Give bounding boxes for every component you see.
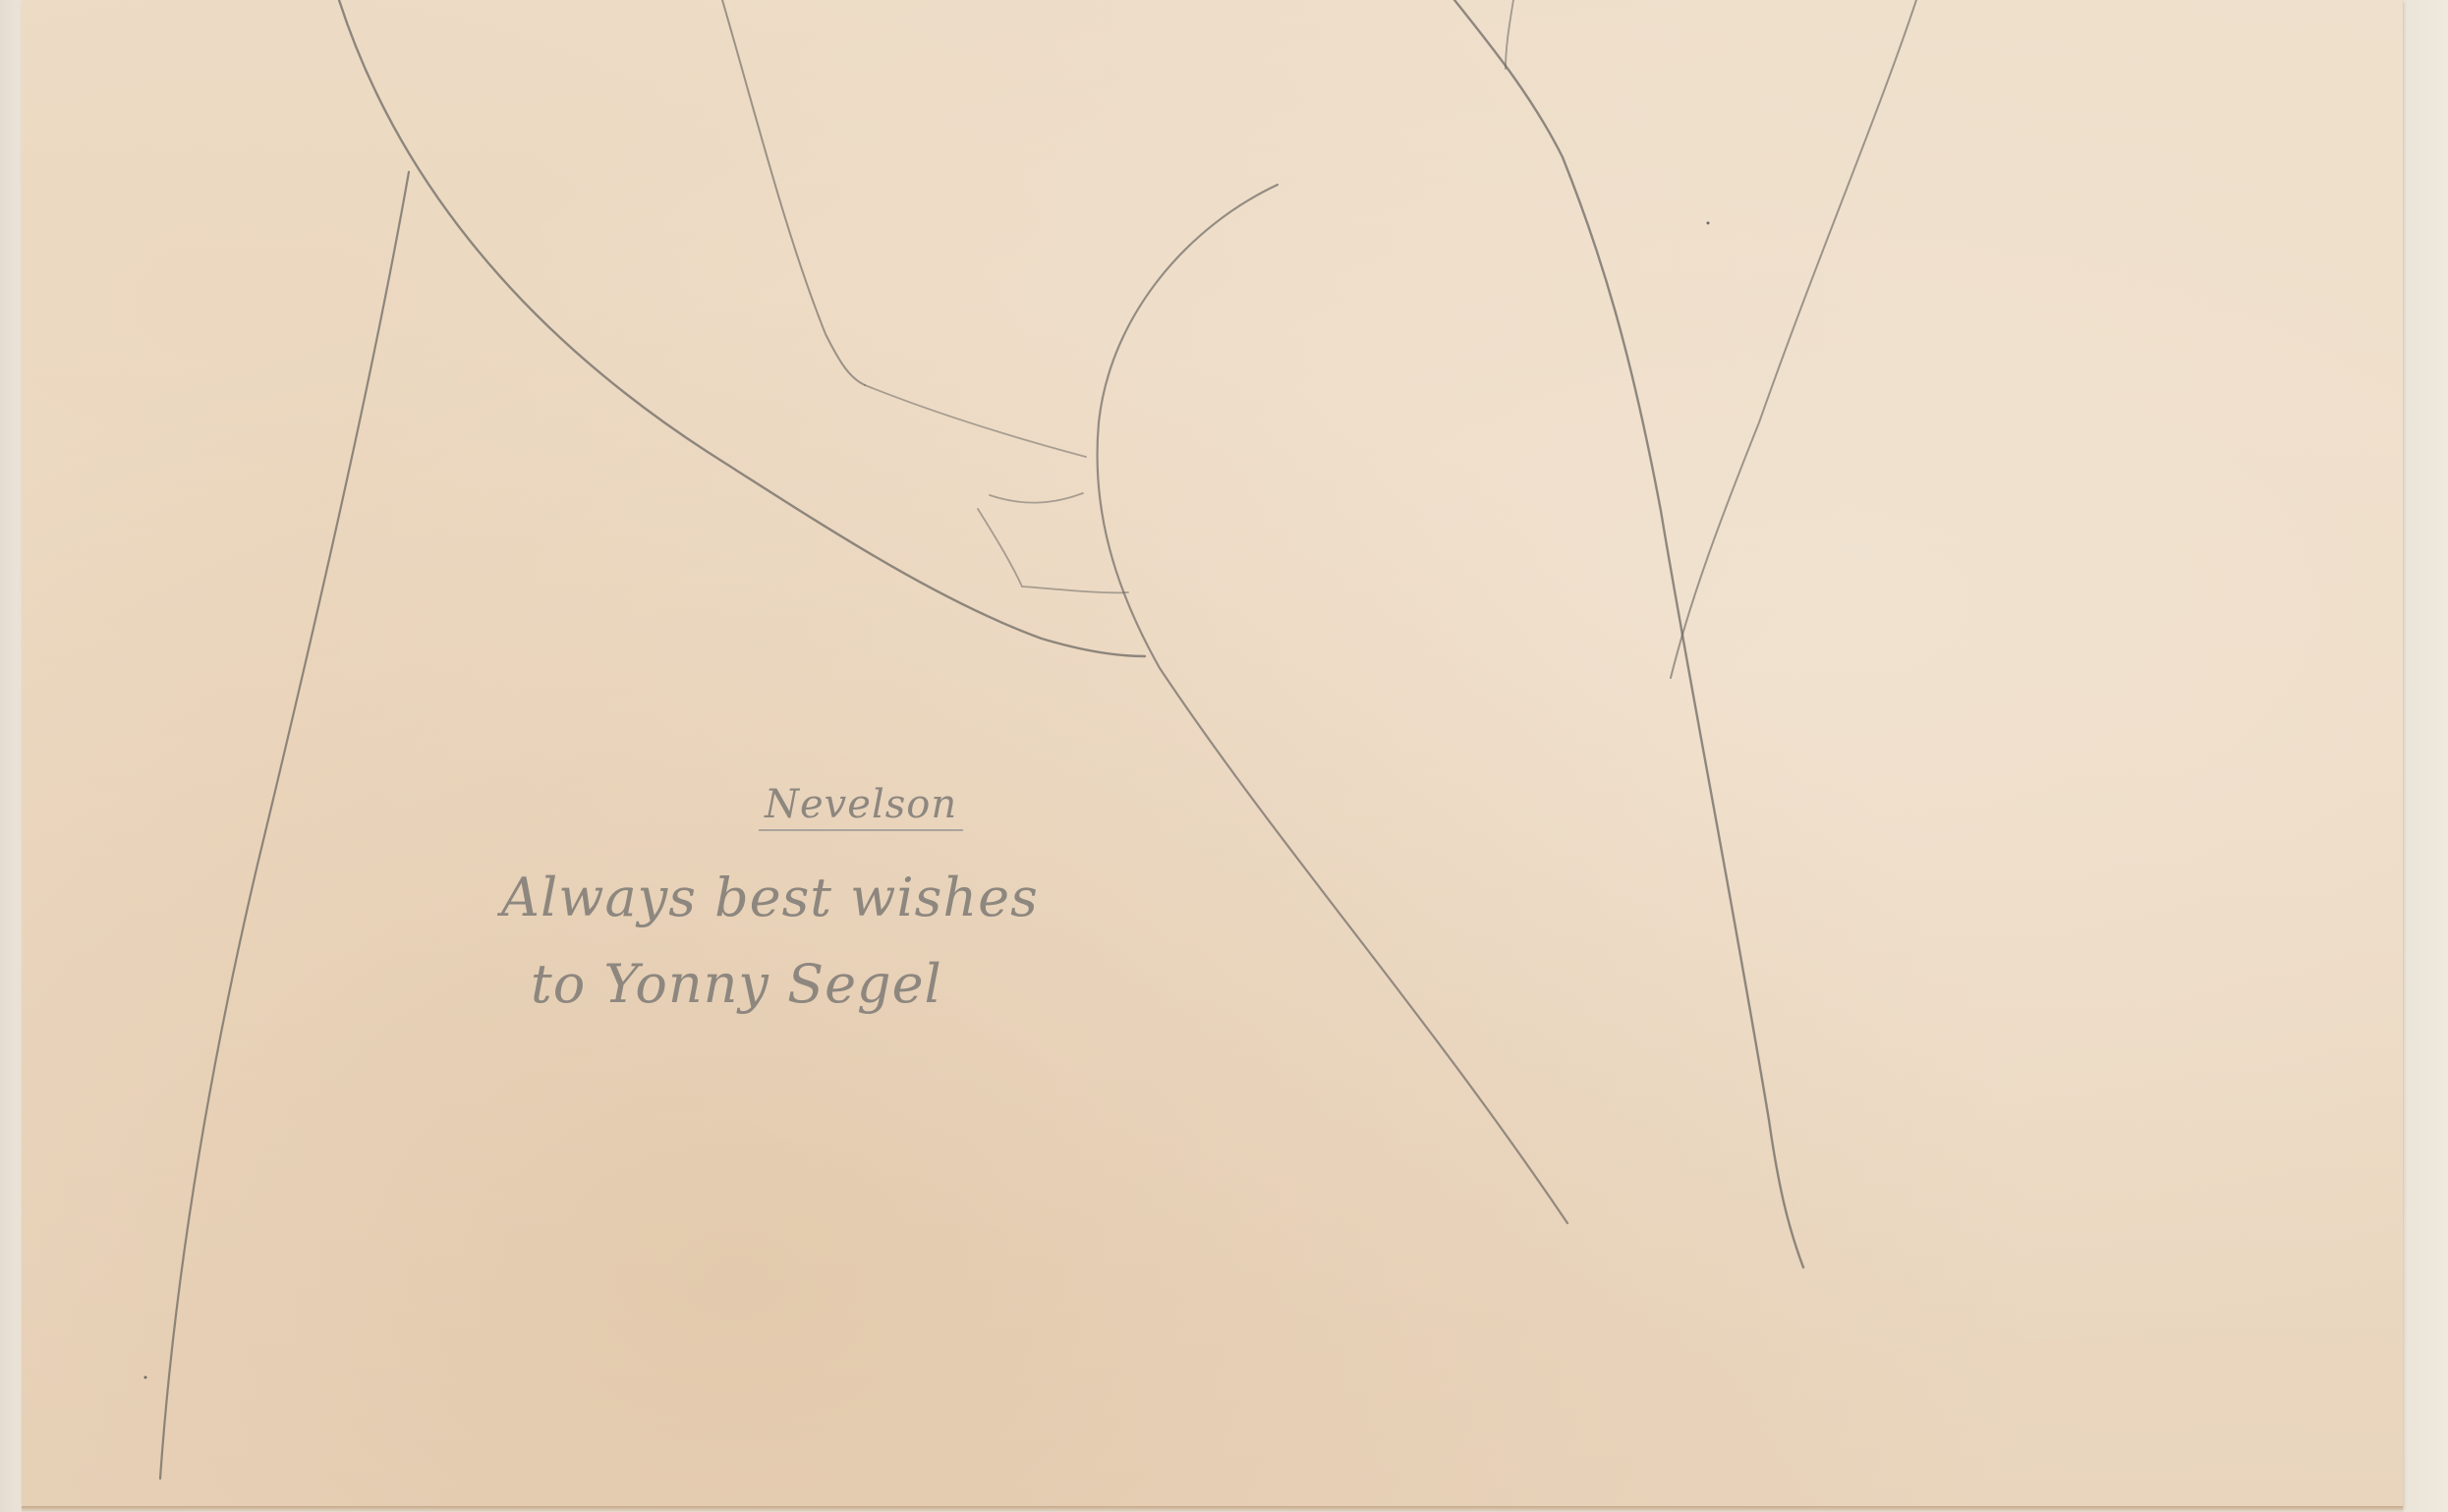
dedication-line-1: Always best wishes (501, 867, 1039, 928)
pencil-drawing (0, 0, 2448, 1512)
right-leg-line (1454, 0, 1803, 1267)
branch-line (1506, 0, 1513, 69)
outer-right-line (1671, 0, 1916, 678)
left-leg-line (160, 172, 409, 1479)
artist-signature: Nevelson (759, 782, 963, 831)
hand-line-3 (978, 509, 1128, 592)
hand-line-1 (865, 385, 1086, 457)
graphite-speck (144, 1376, 147, 1379)
hip-curve-line (1098, 185, 1567, 1223)
torso-arc-line (339, 0, 1145, 656)
hand-line-2 (990, 493, 1083, 503)
dedication-line-2: to Yonny Segel (531, 953, 942, 1015)
graphite-speck (1707, 222, 1710, 225)
forearm-line (722, 0, 865, 385)
artwork-photo: Nevelson Always best wishes to Yonny Seg… (0, 0, 2448, 1512)
